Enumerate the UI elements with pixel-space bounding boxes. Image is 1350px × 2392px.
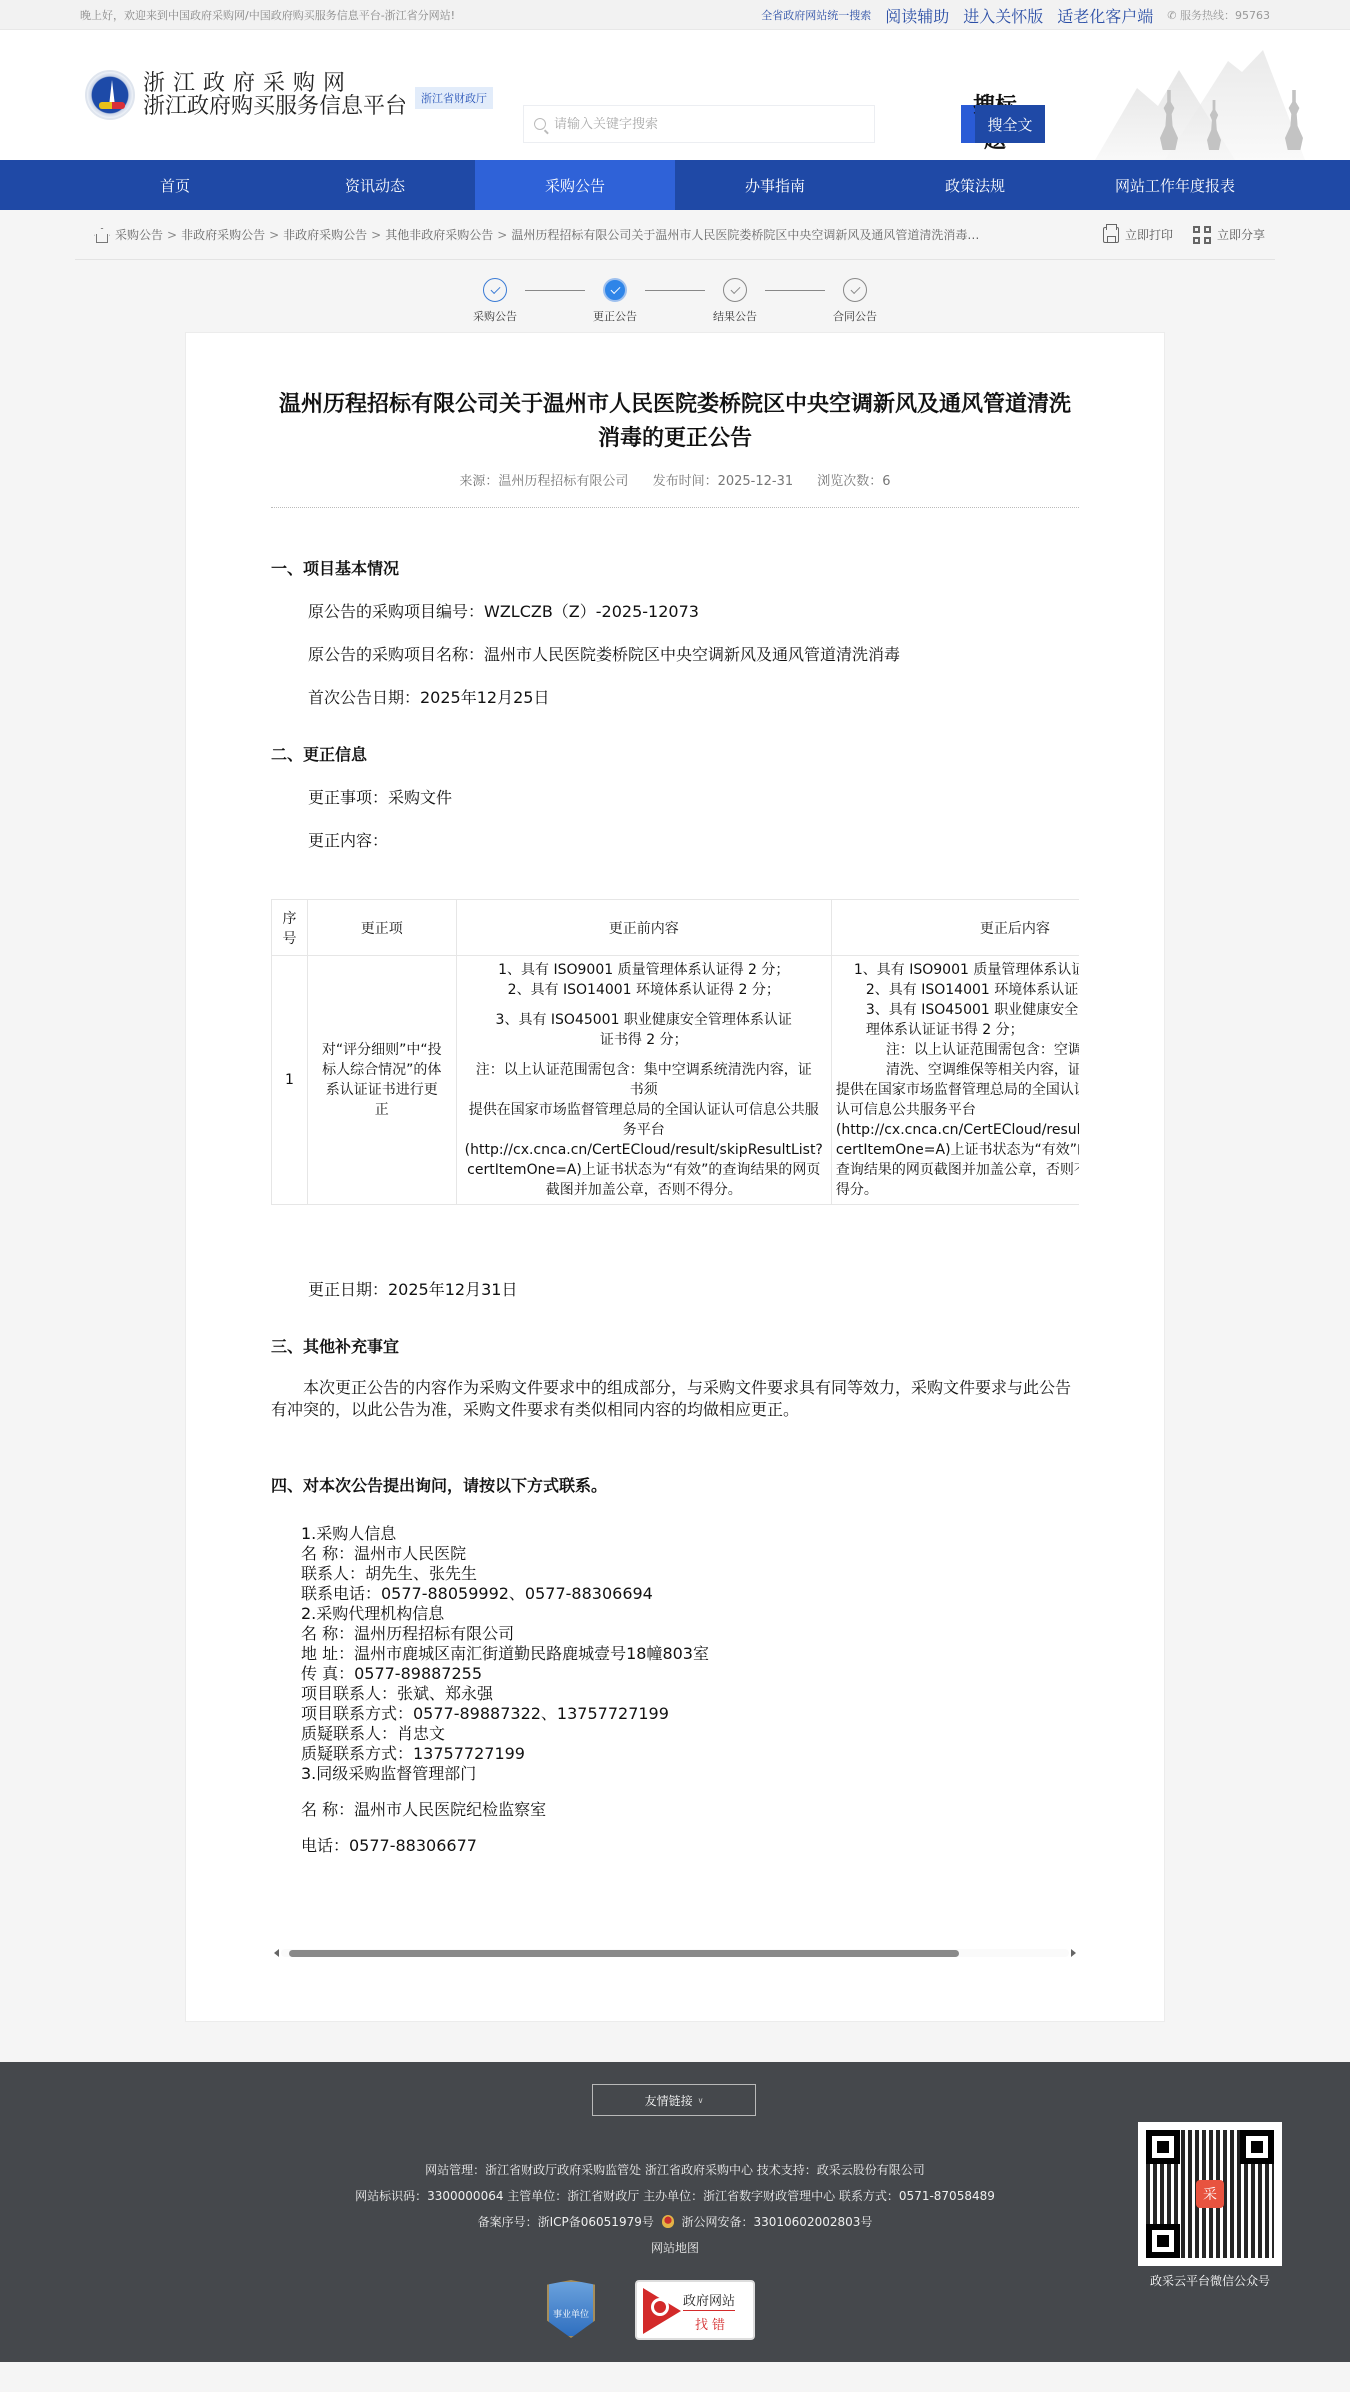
step-correction-notice[interactable]: 更正公告 [585, 278, 645, 324]
before-line: 2、具有 ISO14001 环境体系认证得 2 分； [465, 980, 823, 1000]
share-button[interactable]: 立即分享 [1193, 226, 1265, 244]
before-line: 3、具有 ISO45001 职业健康安全管理体系认证证书得 2 分； [465, 1010, 823, 1050]
qrcode-icon [1193, 226, 1211, 244]
correction-item: 更正事项：采购文件 [308, 785, 1079, 808]
article-card: 温州历程招标有限公司关于温州市人民医院娄桥院区中央空调新风及通风管道清洗消毒的更… [185, 332, 1165, 2022]
correction-table: 序号 更正项 更正前内容 更正后内容 1 对“评分细则”中“投标人综合情况”的体… [271, 899, 1079, 1205]
hotline: ✆ 服务热线：95763 [1167, 7, 1270, 23]
top-bar: 晚上好，欢迎来到中国政府采购网/中国政府购买服务信息平台-浙江省分网站! 全省政… [0, 0, 1350, 30]
contact-line: 名 称：温州市人民医院 [301, 1544, 1079, 1564]
correction-content-label: 更正内容： [308, 828, 1079, 851]
qrcode-caption: 政采云平台微信公众号 [1122, 2272, 1298, 2289]
step-connector [645, 290, 705, 291]
article-title: 温州历程招标有限公司关于温州市人民医院娄桥院区中央空调新风及通风管道清洗消毒的更… [271, 388, 1079, 456]
emblem-icon [85, 70, 135, 120]
after-line: 1、具有 ISO9001 质量管理体系认证得 2 分； [836, 960, 1079, 980]
site-logo[interactable]: 浙江政府采购网 浙江政府购买服务信息平台 浙江省财政厅 [85, 70, 493, 120]
after-line: 3、具有 ISO45001 职业健康安全管理体系认证证书得 2 分； [836, 1000, 1079, 1040]
article-meta: 来源：温州历程招标有限公司 发布时间：2025-12-31 浏览次数：6 [271, 470, 1079, 489]
contact-line: 2.采购代理机构信息 [301, 1604, 1079, 1624]
chevron-down-icon: ∨ [698, 2096, 704, 2105]
supervisor-phone: 电话：0577-88306677 [301, 1836, 1079, 1856]
main-nav: 首页 资讯动态 采购公告 办事指南 政策法规 网站工作年度报表 [0, 160, 1350, 210]
breadcrumb-item[interactable]: 采购公告 [115, 226, 163, 243]
search-icon [534, 118, 546, 130]
institution-badge-icon[interactable]: 事业单位 [547, 2280, 595, 2338]
after-line: 注：以上认证范围需包含：空调系统清洗、空调维保等相关内容，证书须 [836, 1040, 1079, 1080]
step-label: 采购公告 [473, 308, 517, 324]
step-contract-notice[interactable]: 合同公告 [825, 278, 885, 324]
unified-search-link[interactable]: 全省政府网站统一搜索 [761, 7, 871, 23]
welcome-text: 晚上好，欢迎来到中国政府采购网/中国政府购买服务信息平台-浙江省分网站! [80, 7, 455, 23]
nav-home[interactable]: 首页 [75, 160, 275, 210]
check-icon [490, 284, 500, 294]
contact-line: 联系人：胡先生、张先生 [301, 1564, 1079, 1584]
share-label: 立即分享 [1217, 226, 1265, 243]
article-body: 一、项目基本情况 原公告的采购项目编号：WZLCZB（Z）-2025-12073… [271, 556, 1079, 1960]
hotline-text: 服务热线：95763 [1180, 9, 1270, 22]
col-header: 更正项 [307, 900, 456, 956]
after-line: 2、具有 ISO14001 环境体系认证得 2 分； [836, 980, 1079, 1000]
finance-dept-badge: 浙江省财政厅 [415, 87, 493, 109]
row-number: 1 [272, 956, 308, 1205]
nav-guide[interactable]: 办事指南 [675, 160, 875, 210]
contact-line: 地 址：温州市鹿城区南汇街道勤民路鹿城壹号18幢803室 [301, 1644, 1079, 1664]
before-line: 提供在国家市场监督管理总局的全国认证认可信息公共服务平台(http://cx.c… [465, 1100, 823, 1200]
friend-links-label: 友情链接 [645, 2092, 693, 2109]
correction-date: 更正日期：2025年12月31日 [308, 1277, 1079, 1300]
step-result-notice[interactable]: 结果公告 [705, 278, 765, 324]
contact-line: 传 真：0577-89887255 [301, 1664, 1079, 1684]
search-box [523, 105, 875, 143]
divider [271, 507, 1079, 508]
badge-gov-line2: 找错 [695, 2314, 729, 2333]
phone-icon: ✆ [1167, 9, 1180, 22]
scroll-left-arrow-icon[interactable] [274, 1949, 279, 1957]
project-number: 原公告的采购项目编号：WZLCZB（Z）-2025-12073 [308, 599, 1079, 622]
contact-line: 1.采购人信息 [301, 1524, 1079, 1544]
correction-item-cell: 对“评分细则”中“投标人综合情况”的体系认证证书进行更正 [307, 956, 456, 1205]
contact-line: 质疑联系方式：13757727199 [301, 1744, 1079, 1764]
nav-annual-report[interactable]: 网站工作年度报表 [1075, 160, 1275, 210]
contact-line: 名 称：温州历程招标有限公司 [301, 1624, 1079, 1644]
breadcrumb-item[interactable]: 其他非政府采购公告 [385, 226, 493, 243]
breadcrumb-current: 温州历程招标有限公司关于温州市人民医院娄桥院区中央空调新风及通风管道清洗消毒的更… [511, 226, 986, 243]
zcy-logo-icon: 采 [1196, 2180, 1224, 2208]
nav-news[interactable]: 资讯动态 [275, 160, 475, 210]
contact-info: 1.采购人信息 名 称：温州市人民医院 联系人：胡先生、张先生 联系电话：057… [301, 1524, 1079, 1856]
table-row: 1 对“评分细则”中“投标人综合情况”的体系认证证书进行更正 1、具有 ISO9… [272, 956, 1080, 1205]
care-version-link[interactable]: 进入关怀版 [963, 4, 1043, 27]
article-views: 浏览次数：6 [817, 474, 890, 489]
wechat-qrcode: 采 [1138, 2122, 1282, 2266]
col-header: 更正后内容 [831, 900, 1079, 956]
contact-line: 项目联系人：张斌、郑永强 [301, 1684, 1079, 1704]
step-label: 更正公告 [593, 308, 637, 324]
scroll-right-arrow-icon[interactable] [1071, 1949, 1076, 1957]
check-icon [850, 284, 860, 294]
project-name: 原公告的采购项目名称：温州市人民医院娄桥院区中央空调新风及通风管道清洗消毒 [308, 642, 1079, 665]
elderly-client-link[interactable]: 适老化客户端 [1057, 4, 1153, 27]
search-fulltext-button[interactable]: 搜全文 [975, 105, 1045, 143]
search-input[interactable] [554, 117, 834, 132]
col-header: 序号 [272, 900, 308, 956]
supervisor-name: 名 称：温州市人民医院纪检监察室 [301, 1800, 1079, 1820]
footer-badges: 事业单位 政府网站 找错 [0, 2280, 1350, 2340]
logo-title: 浙江政府采购网 [143, 72, 407, 95]
contact-line: 联系电话：0577-88059992、0577-88306694 [301, 1584, 1079, 1604]
section-heading: 二、更正信息 [271, 742, 1079, 765]
sitemap-link[interactable]: 网站地图 [651, 2241, 699, 2255]
site-header: 浙江政府采购网 浙江政府购买服务信息平台 浙江省财政厅 搜标题 搜全文 [0, 30, 1350, 160]
step-connector [765, 290, 825, 291]
step-connector [525, 290, 585, 291]
scroll-thumb[interactable] [289, 1950, 959, 1957]
breadcrumb-item[interactable]: 非政府采购公告 [283, 226, 367, 243]
table-header-row: 序号 更正项 更正前内容 更正后内容 [272, 900, 1080, 956]
nav-procurement-notices[interactable]: 采购公告 [475, 160, 675, 210]
contact-line: 质疑联系人：肖忠文 [301, 1724, 1079, 1744]
mountain-pagoda-decoration [1075, 30, 1305, 160]
section-heading: 一、项目基本情况 [271, 556, 1079, 579]
gov-site-error-report-badge[interactable]: 政府网站 找错 [635, 2280, 755, 2340]
contact-line: 3.同级采购监督管理部门 [301, 1764, 1079, 1784]
badge-gov-line1: 政府网站 [683, 2290, 735, 2311]
nav-policy[interactable]: 政策法规 [875, 160, 1075, 210]
after-content-cell: 1、具有 ISO9001 质量管理体系认证得 2 分； 2、具有 ISO1400… [831, 956, 1079, 1205]
check-icon [730, 284, 740, 294]
police-record-link[interactable]: 浙公网安备：33010602002803号 [682, 2215, 873, 2229]
breadcrumb-item[interactable]: 非政府采购公告 [181, 226, 265, 243]
icp-link[interactable]: 备案序号：浙ICP备06051979号 [478, 2215, 654, 2229]
print-button[interactable]: 立即打印 [1103, 226, 1173, 244]
before-line: 1、具有 ISO9001 质量管理体系认证得 2 分； [465, 960, 823, 980]
step-label: 结果公告 [713, 308, 757, 324]
breadcrumb: 采购公告> 非政府采购公告> 非政府采购公告> 其他非政府采购公告> 温州历程招… [75, 210, 1275, 260]
step-label: 合同公告 [833, 308, 877, 324]
contact-line: 项目联系方式：0577-89887322、13757727199 [301, 1704, 1079, 1724]
article-source: 来源：温州历程招标有限公司 [459, 474, 628, 489]
notice-stepper: 采购公告 更正公告 结果公告 合同公告 [0, 260, 1350, 332]
site-footer: 友情链接∨ 网站管理：浙江省财政厅政府采购监管处 浙江省政府采购中心 技术支持：… [0, 2062, 1350, 2362]
section-heading: 四、对本次公告提出询问，请按以下方式联系。 [271, 1473, 1079, 1496]
after-line: 提供在国家市场监督管理总局的全国认证认可信息公共服务平台(http://cx.c… [836, 1080, 1079, 1200]
print-label: 立即打印 [1125, 226, 1173, 243]
article-publish-time: 发布时间：2025-12-31 [653, 474, 794, 489]
printer-icon [1103, 227, 1119, 243]
police-badge-icon [662, 2215, 674, 2228]
supplementary-text: 本次更正公告的内容作为采购文件要求中的组成部分，与采购文件要求具有同等效力，采购… [271, 1377, 1079, 1421]
check-icon [610, 284, 620, 294]
first-notice-date: 首次公告日期：2025年12月25日 [308, 685, 1079, 708]
logo-subtitle: 浙江政府购买服务信息平台 [143, 95, 407, 118]
top-links: 全省政府网站统一搜索 阅读辅助 进入关怀版 适老化客户端 ✆ 服务热线：9576… [761, 4, 1270, 27]
section-heading: 三、其他补充事宜 [271, 1334, 1079, 1357]
col-header: 更正前内容 [456, 900, 831, 956]
reading-aid-link[interactable]: 阅读辅助 [885, 4, 949, 27]
horizontal-scrollbar[interactable] [271, 1946, 1079, 1960]
before-content-cell: 1、具有 ISO9001 质量管理体系认证得 2 分； 2、具有 ISO1400… [456, 956, 831, 1205]
home-icon[interactable] [93, 228, 109, 242]
institution-badge-label: 事业单位 [553, 2307, 589, 2320]
step-procurement-notice[interactable]: 采购公告 [465, 278, 525, 324]
before-line: 注：以上认证范围需包含：集中空调系统清洗内容，证书须 [465, 1060, 823, 1100]
friend-links-dropdown[interactable]: 友情链接∨ [592, 2084, 756, 2116]
correction-table-wrapper: 序号 更正项 更正前内容 更正后内容 1 对“评分细则”中“投标人综合情况”的体… [271, 899, 1079, 1205]
